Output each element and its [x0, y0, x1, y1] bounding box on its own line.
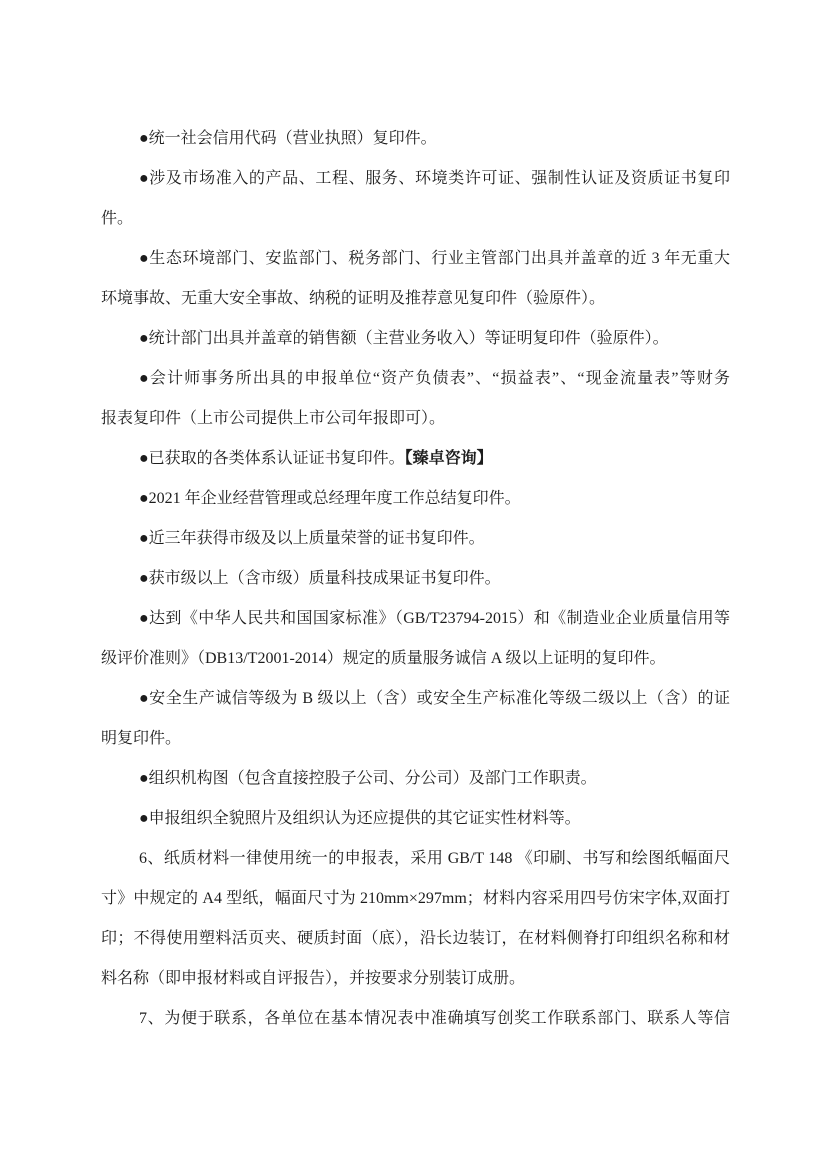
bullet-line-market-access-2: 件。 — [101, 199, 730, 239]
bullet-line-financial-reports-1: ●会计师事务所出具的申报单位“资产负债表”、“损益表”、“现金流量表”等财务 — [101, 359, 730, 399]
paragraph-6-line-1: 6、纸质材料一律使用统一的申报表，采用 GB/T 148 《印刷、书写和绘图纸幅… — [101, 839, 730, 879]
bullet-line-financial-reports-2: 报表复印件（上市公司提供上市公司年报即可）。 — [101, 399, 730, 439]
bullet-line-quality-achievements: ●获市级以上（含市级）质量科技成果证书复印件。 — [101, 559, 730, 599]
bullet-line-national-standard-1: ●达到《中华人民共和国国家标准》（GB/T23794-2015）和《制造业企业质… — [101, 599, 730, 639]
bullet-line-annual-summary-2021: ●2021 年企业经营管理或总经理年度工作总结复印件。 — [101, 479, 730, 519]
bullet-line-statistics-dept: ●统计部门出具并盖章的销售额（主营业务收入）等证明复印件（验原件）。 — [101, 319, 730, 359]
system-certifications-text: ●已获取的各类体系认证证书复印件。 — [139, 450, 405, 467]
bullet-line-dept-certs-1: ●生态环境部门、安监部门、税务部门、行业主管部门出具并盖章的近 3 年无重大 — [101, 239, 730, 279]
bullet-line-quality-honors: ●近三年获得市级及以上质量荣誉的证书复印件。 — [101, 519, 730, 559]
document-body: ●统一社会信用代码（营业执照）复印件。 ●涉及市场准入的产品、工程、服务、环境类… — [101, 119, 730, 1039]
paragraph-6-line-4: 料名称（即申报材料或自评报告），并按要求分别装订成册。 — [101, 959, 730, 999]
bullet-line-market-access-1: ●涉及市场准入的产品、工程、服务、环境类许可证、强制性认证及资质证书复印 — [101, 159, 730, 199]
bullet-line-safety-credit-2: 明复印件。 — [101, 719, 730, 759]
paragraph-6-line-2: 寸》中规定的 A4 型纸，幅面尺寸为 210mm×297mm；材料内容采用四号仿… — [101, 879, 730, 919]
bullet-line-safety-credit-1: ●安全生产诚信等级为 B 级以上（含）或安全生产标准化等级二级以上（含）的证 — [101, 679, 730, 719]
paragraph-7-line-1: 7、为便于联系，各单位在基本情况表中准确填写创奖工作联系部门、联系人等信息。 — [101, 999, 730, 1039]
bullet-line-org-chart: ●组织机构图（包含直接控股子公司、分公司）及部门工作职责。 — [101, 759, 730, 799]
bullet-line-dept-certs-2: 环境事故、无重大安全事故、纳税的证明及推荐意见复印件（验原件）。 — [101, 279, 730, 319]
bullet-line-unified-credit-code: ●统一社会信用代码（营业执照）复印件。 — [101, 119, 730, 159]
paragraph-6-line-3: 印；不得使用塑料活页夹、硬质封面（底），沿长边装订，在材料侧脊打印组织名称和材 — [101, 919, 730, 959]
bullet-line-national-standard-2: 级评价准则》（DB13/T2001-2014）规定的质量服务诚信 A 级以上证明… — [101, 639, 730, 679]
bullet-line-org-photos: ●申报组织全貌照片及组织认为还应提供的其它证实性材料等。 — [101, 799, 730, 839]
document-page: ●统一社会信用代码（营业执照）复印件。 ●涉及市场准入的产品、工程、服务、环境类… — [0, 0, 827, 1170]
bullet-line-system-certifications: ●已获取的各类体系认证证书复印件。【臻卓咨询】 — [101, 439, 730, 479]
zhenzhuo-consulting-label: 【臻卓咨询】 — [405, 450, 493, 467]
